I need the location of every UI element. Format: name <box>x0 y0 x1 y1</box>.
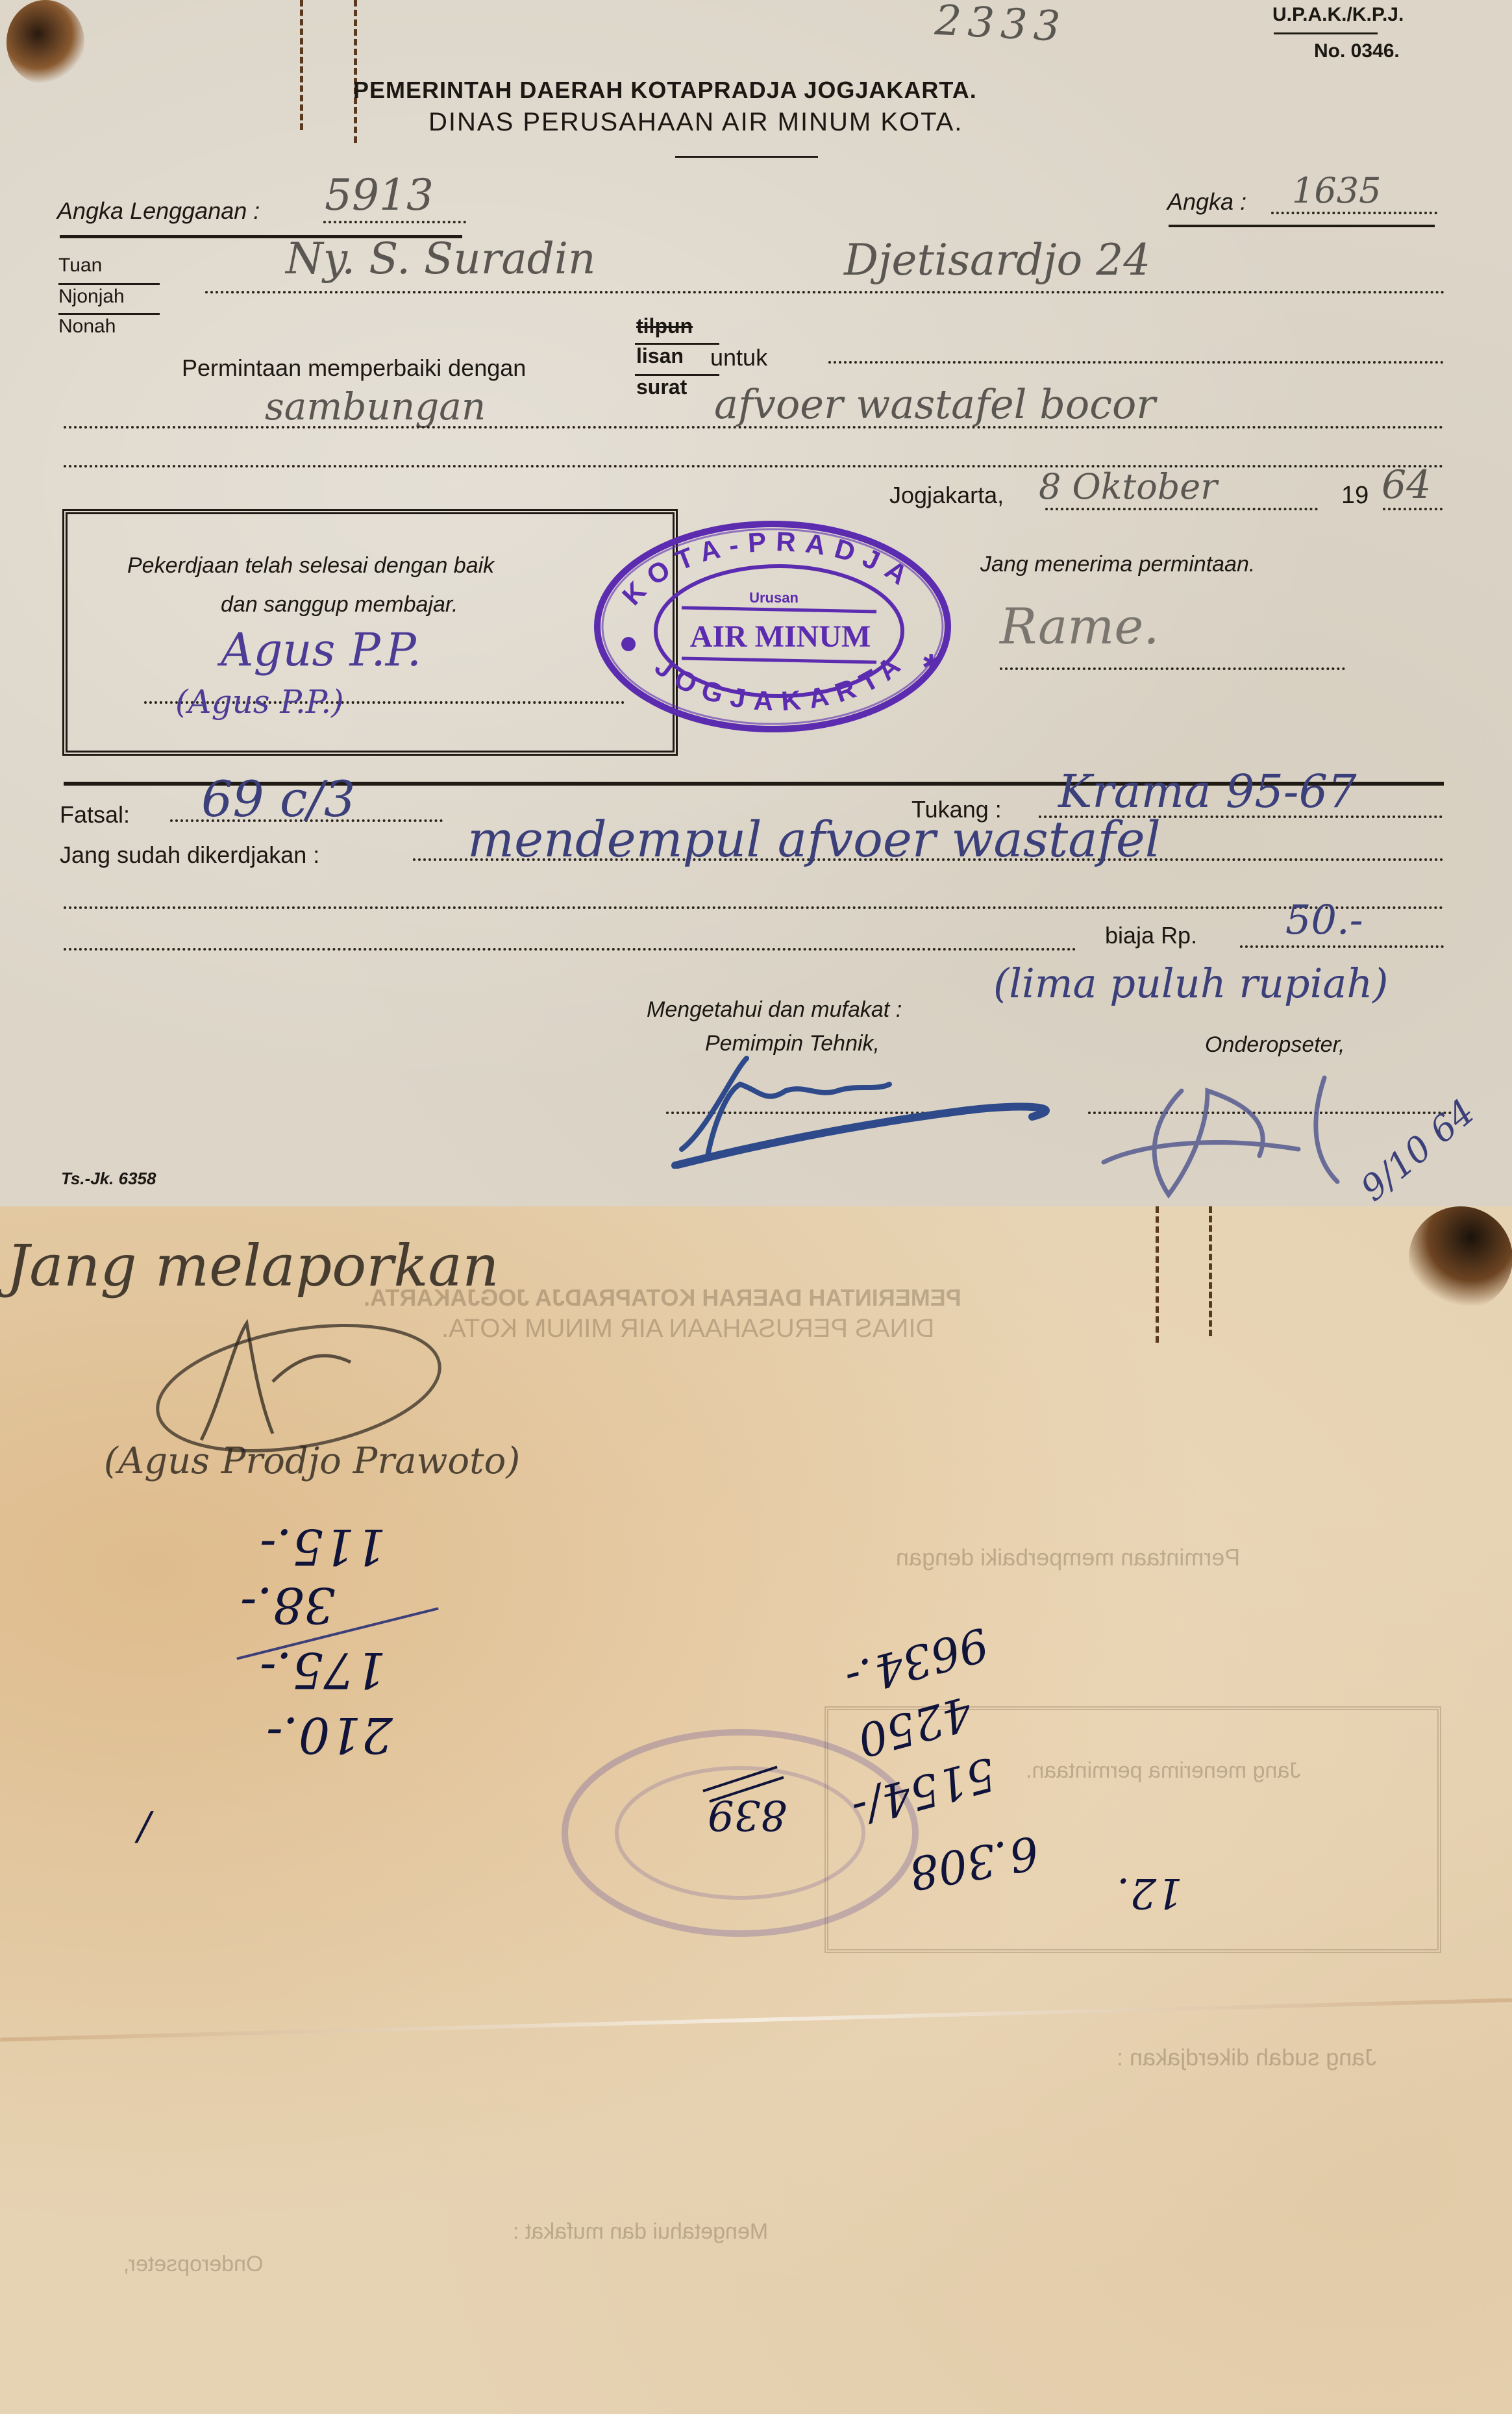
subscriber-line <box>323 221 466 223</box>
calculation-left: 115.- 38.- 175.- 210.- <box>221 1518 480 1778</box>
calc-mark-right: 12. <box>1117 1869 1183 1917</box>
date-day-month: 8 Oktober <box>1039 466 1217 507</box>
tech-lead-signature <box>669 1052 1071 1169</box>
salutation-tuan: Tuan <box>58 255 102 277</box>
completion-signature-name: (Agus P.P.) <box>175 683 344 721</box>
print-code: Ts.-Jk. 6358 <box>61 1169 156 1189</box>
salutation-njonjah: Njonjah <box>58 286 125 308</box>
article-value: 69 c/3 <box>201 770 355 828</box>
number-label: Angka : <box>1167 188 1246 216</box>
fold-crease <box>0 1998 1511 2042</box>
calc-line: 38.- <box>240 1576 336 1634</box>
header-department: DINAS PERUSAHAAN AIR MINUM KOTA. <box>428 108 963 137</box>
request-description-2: afvoer wastafel bocor <box>714 380 1156 428</box>
form-front: 2333 U.P.A.K./K.P.J. No. 0346. PEMERINTA… <box>0 0 1512 1206</box>
work-done-line <box>64 948 1076 951</box>
cost-line <box>1240 945 1444 948</box>
svg-text:✱: ✱ <box>922 650 941 676</box>
customer-address: Djetisardjo 24 <box>844 235 1150 285</box>
divider <box>58 313 160 315</box>
calc-mark: / <box>138 1804 151 1849</box>
cost-label: biaja Rp. <box>1105 922 1197 949</box>
request-line <box>828 361 1444 364</box>
request-for-label: untuk <box>710 344 767 371</box>
serial-pencil: 2333 <box>934 0 1067 51</box>
calc-line: 6.308 <box>905 1825 1043 1900</box>
place-label: Jogjakarta, <box>889 482 1004 509</box>
request-line <box>64 426 1444 429</box>
year-prefix: 19 <box>1341 482 1369 510</box>
ghost-work-done-label: Jang sudah dikerdjakan : <box>1117 2044 1376 2071</box>
calc-line: 210.- <box>266 1706 393 1764</box>
customer-name: Ny. S. Suradin <box>286 234 596 284</box>
perforation-line <box>354 0 361 143</box>
calc-line: 115.- <box>260 1518 386 1576</box>
salutation-nonah: Nonah <box>58 316 116 338</box>
year-line <box>1383 508 1443 510</box>
cost-note: (lima puluh rupiah) <box>993 958 1409 1009</box>
request-label: Permintaan memperbaiki dengan <box>182 355 526 382</box>
work-done-label: Jang sudah dikerdjakan : <box>60 841 319 869</box>
completion-signature: Agus P.P. <box>221 623 421 677</box>
header-divider <box>675 156 818 158</box>
completion-text-1: Pekerdjaan telah selesai dengan baik <box>127 553 494 579</box>
approval-label: Mengetahui dan mufakat : <box>647 997 902 1023</box>
customer-line <box>205 291 1445 293</box>
perforation-line <box>1156 1206 1163 1343</box>
stamp-sub-text: Urusan <box>749 590 799 606</box>
burn-stain <box>6 0 84 84</box>
divider <box>1169 225 1435 227</box>
overseer-label: Onderopseter, <box>1205 1032 1345 1058</box>
form-back: PEMERINTAH DAERAH KOTAPRADJA JOGJAKARTA.… <box>0 1206 1512 2414</box>
ghost-overseer-label: Onderopseter, <box>123 2252 263 2277</box>
perforation-line <box>1209 1206 1216 1336</box>
burn-stain <box>1409 1206 1512 1310</box>
perforation-line <box>300 0 307 130</box>
request-method-lisan: lisan <box>636 344 684 368</box>
form-number: No. 0346. <box>1314 40 1400 62</box>
reporter-name: (Agus Prodjo Prawoto) <box>104 1440 520 1482</box>
ghost-department: DINAS PERUSAHAAN AIR MINUM KOTA. <box>441 1314 934 1343</box>
work-done-value: mendempul afvoer wastafel <box>467 810 1161 868</box>
year-suffix: 64 <box>1382 462 1431 508</box>
number-line <box>1271 212 1437 214</box>
completion-text-2: dan sanggup membajar. <box>221 592 458 617</box>
work-done-line <box>64 906 1444 909</box>
calc-line: 9634.- <box>839 1617 994 1706</box>
divider <box>58 283 160 285</box>
receiver-line <box>1000 667 1345 670</box>
reporter-note: Jang melaporkan <box>6 1232 499 1299</box>
divider <box>1274 32 1378 34</box>
cost-value: 50.- <box>1285 896 1363 943</box>
official-stamp: KOTA-PRADJA JOGJAKARTA Urusan AIR MINUM … <box>591 519 954 734</box>
subscriber-value: 5913 <box>325 170 434 220</box>
calculation-right: 9634.- 4250 5154/- 6.308 <box>844 1635 1052 1934</box>
article-label: Fatsal: <box>60 801 130 828</box>
request-method-surat: surat <box>636 375 687 399</box>
ghost-approval-label: Mengetahui dan mufakat : <box>513 2219 768 2245</box>
calc-line: 175.- <box>260 1641 386 1699</box>
request-description-1: sambungan <box>265 384 486 429</box>
request-line <box>64 465 1444 467</box>
ghost-request-label: Permintaan memperbaiki dengan <box>896 1544 1240 1571</box>
header-authority: PEMERINTAH DAERAH KOTAPRADJA JOGJAKARTA. <box>353 77 977 104</box>
date-line <box>1045 508 1318 510</box>
request-method-tilpun: tilpun <box>636 314 693 338</box>
office-code: U.P.A.K./K.P.J. <box>1272 4 1404 26</box>
receiver-label: Jang menerima permintaan. <box>980 552 1255 577</box>
subscriber-label: Angka Lengganan : <box>57 197 260 225</box>
receiver-signature: Rame. <box>1000 597 1159 655</box>
stamp-center-text: AIR MINUM <box>690 619 871 654</box>
number-value: 1635 <box>1292 170 1381 211</box>
